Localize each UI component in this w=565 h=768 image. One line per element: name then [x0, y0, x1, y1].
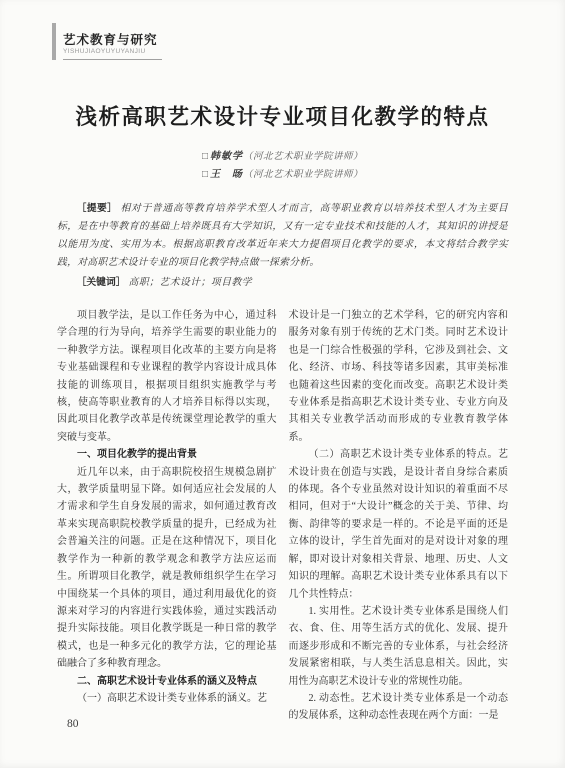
body-paragraph: 二、高职艺术设计专业体系的涵义及特点: [57, 673, 277, 690]
author-line: □韩敏学（河北艺术职业学院讲师）: [0, 148, 565, 166]
journal-masthead: 艺术教育与研究 YISHUJIAOYUYUYANJIU: [52, 23, 162, 60]
abstract-label: ［提要］: [77, 203, 118, 214]
body-paragraph: 1. 实用性。艺术设计类专业体系是围绕人们衣、食、住、用等生活方式的优化、发展、…: [289, 603, 509, 690]
author-line: □王 旸（河北艺术职业学院讲师）: [0, 166, 565, 184]
author-name: 韩敏学: [210, 151, 243, 162]
keywords-label: ［关键词］: [77, 277, 126, 288]
author-name: 王 旸: [210, 169, 243, 180]
body-left-column: 项目教学法，是以工作任务为中心，通过科学合理的行为导向，培养学生需要的职业能力的…: [57, 307, 277, 725]
body-paragraph: 2. 动态性。艺术设计类专业体系是一个动态的发展体系，这种动态性表现在两个方面：…: [289, 690, 509, 725]
body-paragraph: 近几年以来，由于高职院校招生规模急剧扩大，教学质量明显下降。如何适应社会发展的人…: [57, 464, 277, 673]
author-affiliation: （河北艺术职业学院讲师）: [243, 170, 363, 180]
page-number: 80: [67, 718, 79, 730]
author-affiliation: （河北艺术职业学院讲师）: [243, 152, 363, 162]
keywords-text: 高职；艺术设计；项目教学: [129, 277, 253, 288]
masthead-text-block: 艺术教育与研究 YISHUJIAOYUYUYANJIU: [63, 23, 162, 60]
body-columns: 项目教学法，是以工作任务为中心，通过科学合理的行为导向，培养学生需要的职业能力的…: [57, 307, 508, 725]
journal-page: 艺术教育与研究 YISHUJIAOYUYUYANJIU 浅析高职艺术设计专业项目…: [0, 0, 565, 768]
keywords-block: ［关键词］ 高职；艺术设计；项目教学: [57, 274, 508, 292]
author-list: □韩敏学（河北艺术职业学院讲师） □王 旸（河北艺术职业学院讲师）: [0, 148, 565, 184]
journal-subtitle-pinyin: YISHUJIAOYUYUYANJIU: [63, 47, 158, 56]
body-paragraph: 项目教学法，是以工作任务为中心，通过科学合理的行为导向，培养学生需要的职业能力的…: [57, 307, 277, 446]
author-square-marker: □: [202, 169, 208, 180]
body-paragraph: （二）高职艺术设计类专业体系的特点。艺术设计贵在创造与实践，是设计者自身综合素质…: [289, 446, 509, 603]
author-square-marker: □: [202, 151, 208, 162]
masthead-accent-bar: [52, 23, 56, 60]
body-right-column: 术设计是一门独立的艺术学科，它的研究内容和服务对象有别于传统的艺术门类。同时艺术…: [289, 307, 509, 725]
body-paragraph: 术设计是一门独立的艺术学科，它的研究内容和服务对象有别于传统的艺术门类。同时艺术…: [289, 307, 509, 446]
abstract-block: ［提要］ 相对于普通高等教育培养学术型人才而言，高等职业教育以培养技术型人才为主…: [57, 200, 508, 272]
article-title: 浅析高职艺术设计专业项目化教学的特点: [0, 103, 565, 131]
journal-title: 艺术教育与研究: [63, 33, 158, 47]
body-paragraph: （一）高职艺术设计类专业体系的涵义。艺: [57, 690, 277, 707]
body-paragraph: 一、项目化教学的提出背景: [57, 446, 277, 463]
abstract-text: 相对于普通高等教育培养学术型人才而言，高等职业教育以培养技术型人才为主要目标，是…: [57, 203, 508, 268]
